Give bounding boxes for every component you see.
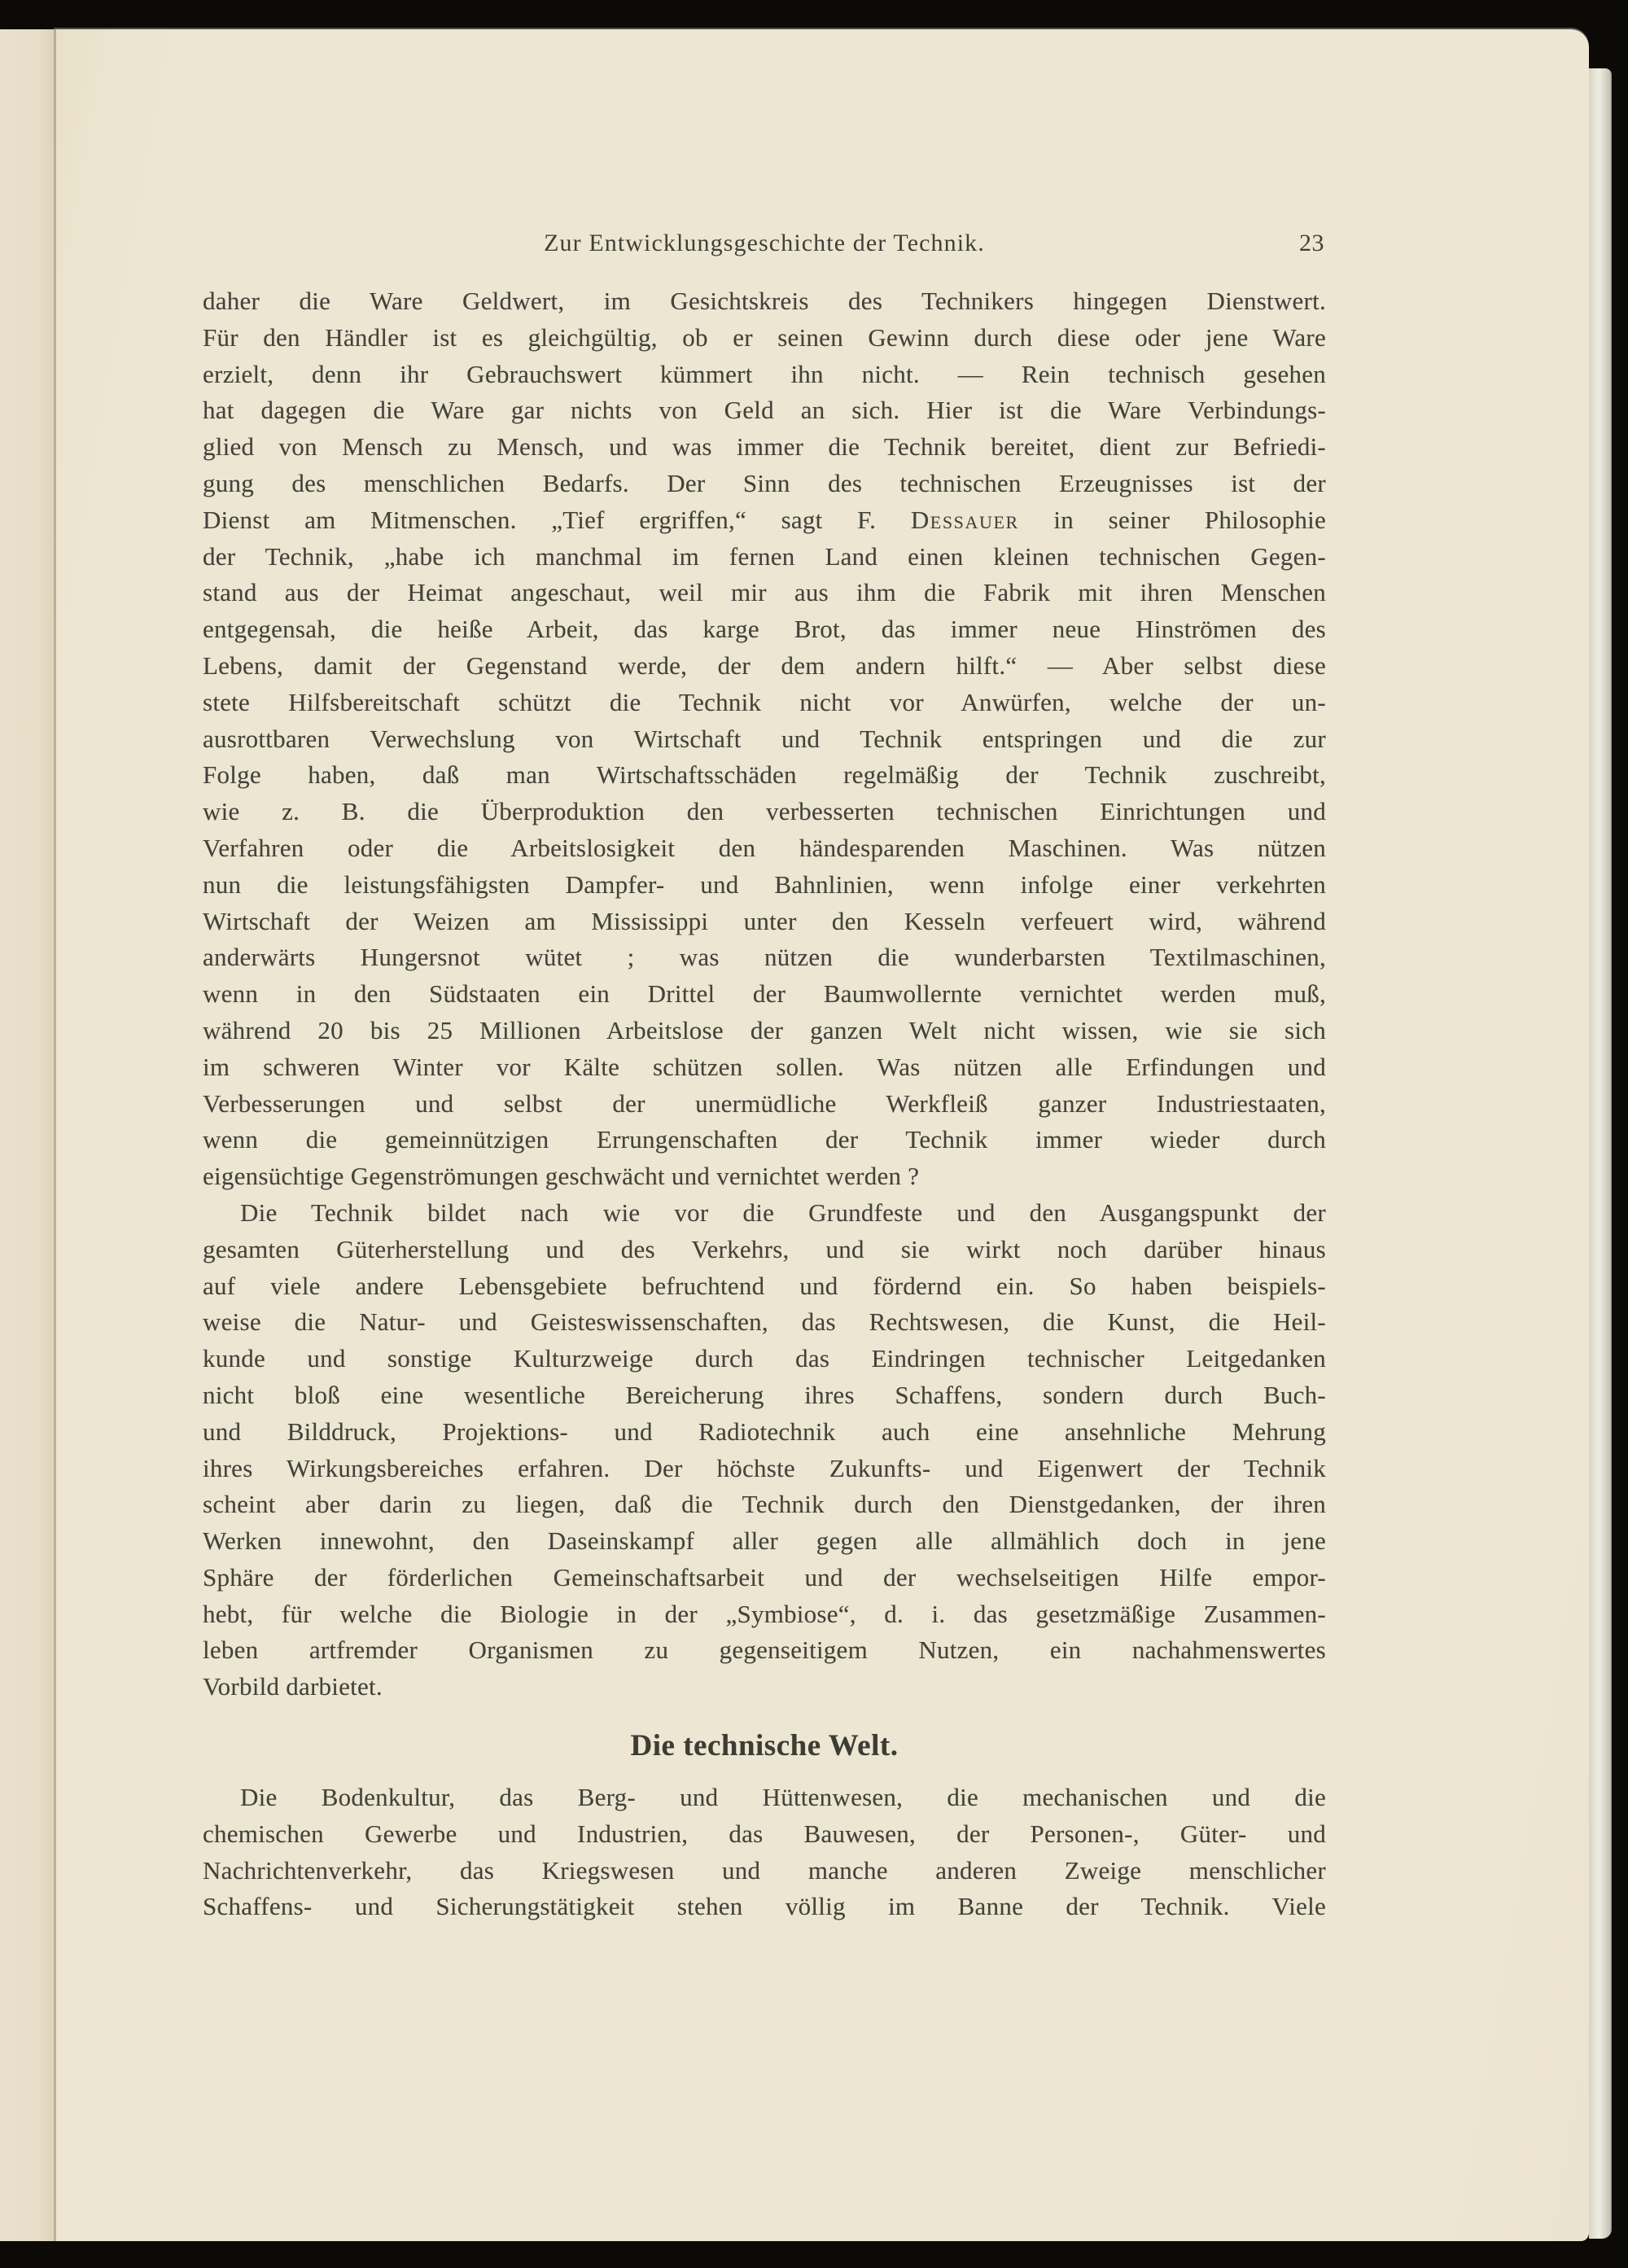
book-scan: Zur Entwicklungsgeschichte der Technik. … bbox=[0, 0, 1628, 2268]
previous-page-edge bbox=[0, 29, 54, 2241]
paragraph-continuation: daher die Ware Geldwert, im Gesichtskrei… bbox=[203, 283, 1326, 1195]
text-block: daher die Ware Geldwert, im Gesichtskrei… bbox=[203, 283, 1326, 1925]
running-header-title: Zur Entwicklungsgeschichte der Technik. bbox=[203, 230, 1326, 257]
running-header: Zur Entwicklungsgeschichte der Technik. … bbox=[203, 230, 1326, 267]
book-page: Zur Entwicklungsgeschichte der Technik. … bbox=[54, 29, 1589, 2241]
paragraph-die-technik: Die Technik bildet nach wie vor die Grun… bbox=[203, 1195, 1326, 1705]
page-edge-stack bbox=[1589, 68, 1612, 2239]
paragraph-die-bodenkultur: Die Bodenkultur, das Berg- und Hüttenwes… bbox=[203, 1780, 1326, 1925]
section-heading: Die technische Welt. bbox=[203, 1727, 1326, 1766]
page-number: 23 bbox=[1299, 230, 1324, 257]
